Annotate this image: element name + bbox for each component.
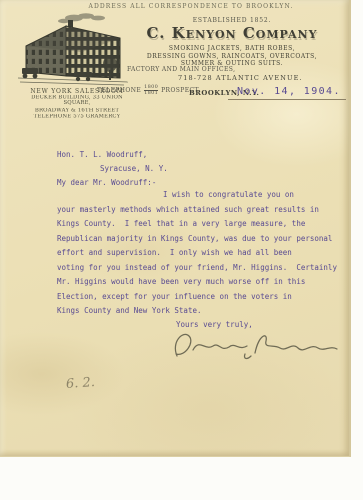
correspondence-note: ADDRESS ALL CORRESPONDENCE TO BROOKLYN. <box>41 3 341 10</box>
body-line: Mr. Higgins would have been very much wo… <box>57 275 341 290</box>
street-ground <box>18 78 128 85</box>
telephone-numbers: 1800 1801 <box>144 85 158 96</box>
letter-paper: ADDRESS ALL CORRESPONDENCE TO BROOKLYN. <box>0 0 351 457</box>
factory-label: FACTORY AND MAIN OFFICES, <box>127 66 235 73</box>
letter-body: I wish to congratulate you on your maste… <box>57 188 341 319</box>
product-lines: SMOKING JACKETS, BATH ROBES, DRESSING GO… <box>132 45 332 68</box>
signature-script <box>163 326 345 368</box>
body-line: voting for you instead of your friend, M… <box>57 261 341 276</box>
salesroom-telephone: TELEPHONE 575 GRAMERCY <box>23 114 132 120</box>
body-line: I wish to congratulate you on <box>57 188 341 203</box>
scanned-letter-page: ADDRESS ALL CORRESPONDENCE TO BROOKLYN. <box>0 0 363 500</box>
body-line: your masterly methods which attained suc… <box>57 203 341 218</box>
salesroom-address: DECKER BUILDING, 33 UNION SQUARE, <box>23 95 132 107</box>
salesroom-address: BROADWAY & 16TH STREET <box>23 108 132 114</box>
product-line: SMOKING JACKETS, BATH ROBES, <box>132 45 332 53</box>
body-line: Republican majority in Kings County, was… <box>57 232 341 247</box>
body-line: Kings County and New York State. <box>57 304 341 319</box>
recipient-city: Syracuse, N. Y. <box>100 164 168 173</box>
body-line: Kings County. I feel that in a very larg… <box>57 217 341 232</box>
salesroom-title: NEW YORK SALESROOM <box>18 88 136 95</box>
established-line: ESTABLISHED 1852. <box>132 17 332 24</box>
product-line: DRESSING GOWNS, RAINCOATS, OVERCOATS, <box>132 53 332 61</box>
date-rule <box>228 99 346 100</box>
signature-name: C. Clarence Kenyon <box>0 0 1 1</box>
recipient-name: Hon. T. L. Woodruff, <box>57 150 147 159</box>
pencil-annotation: 6. 2. <box>66 375 96 392</box>
factory-address: 718-728 ATLANTIC AVENUE. <box>178 74 303 82</box>
salutation: My dear Mr. Woodruff:- <box>57 178 156 187</box>
typed-date: Nov. 14, 1904. <box>237 86 341 97</box>
body-line: effort and supervision. I only wish we h… <box>57 246 341 261</box>
company-name: C. Kenyon Company <box>132 24 332 42</box>
smoke <box>58 13 105 23</box>
factory-building-illustration <box>16 12 130 86</box>
salesroom-block: NEW YORK SALESROOM DECKER BUILDING, 33 U… <box>18 88 136 121</box>
body-line: Election, except for your influence on t… <box>57 290 341 305</box>
telephone-number: 1801 <box>144 90 158 96</box>
